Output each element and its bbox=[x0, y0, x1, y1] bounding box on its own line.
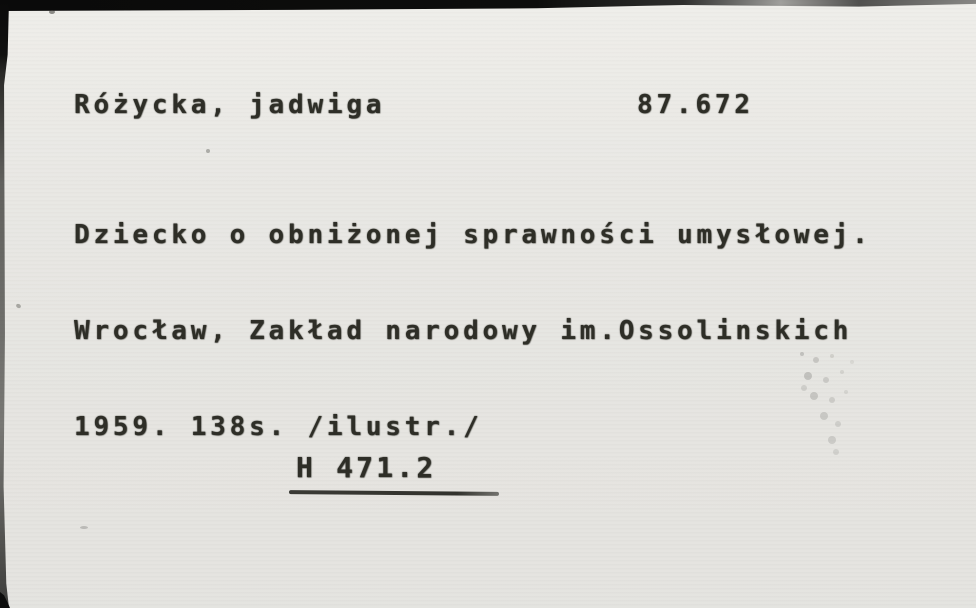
title-line: Dziecko o obniżonej sprawności umysłowej… bbox=[74, 219, 872, 251]
collation-line: 1959. 138s. /ilustr./ bbox=[74, 411, 872, 443]
scan-speck bbox=[206, 149, 210, 153]
scanned-catalog-card: Różycka, jadwiga 87.672 Dziecko o obniżo… bbox=[0, 0, 976, 608]
stamp-smudge bbox=[800, 352, 804, 356]
scan-speck bbox=[80, 526, 88, 529]
scan-speck bbox=[49, 10, 55, 14]
scan-speck bbox=[15, 303, 21, 309]
shelf-number: 87.672 bbox=[637, 90, 754, 120]
call-number: H 471.2 bbox=[296, 451, 436, 484]
scan-edge-left bbox=[0, 0, 9, 608]
scan-edge-top bbox=[0, 0, 976, 11]
author-heading: Różycka, jadwiga bbox=[74, 90, 385, 120]
bibliographic-description: Dziecko o obniżonej sprawności umysłowej… bbox=[74, 155, 872, 507]
publisher-line: Wrocław, Zakład narodowy im.Ossolinskich bbox=[74, 315, 872, 347]
